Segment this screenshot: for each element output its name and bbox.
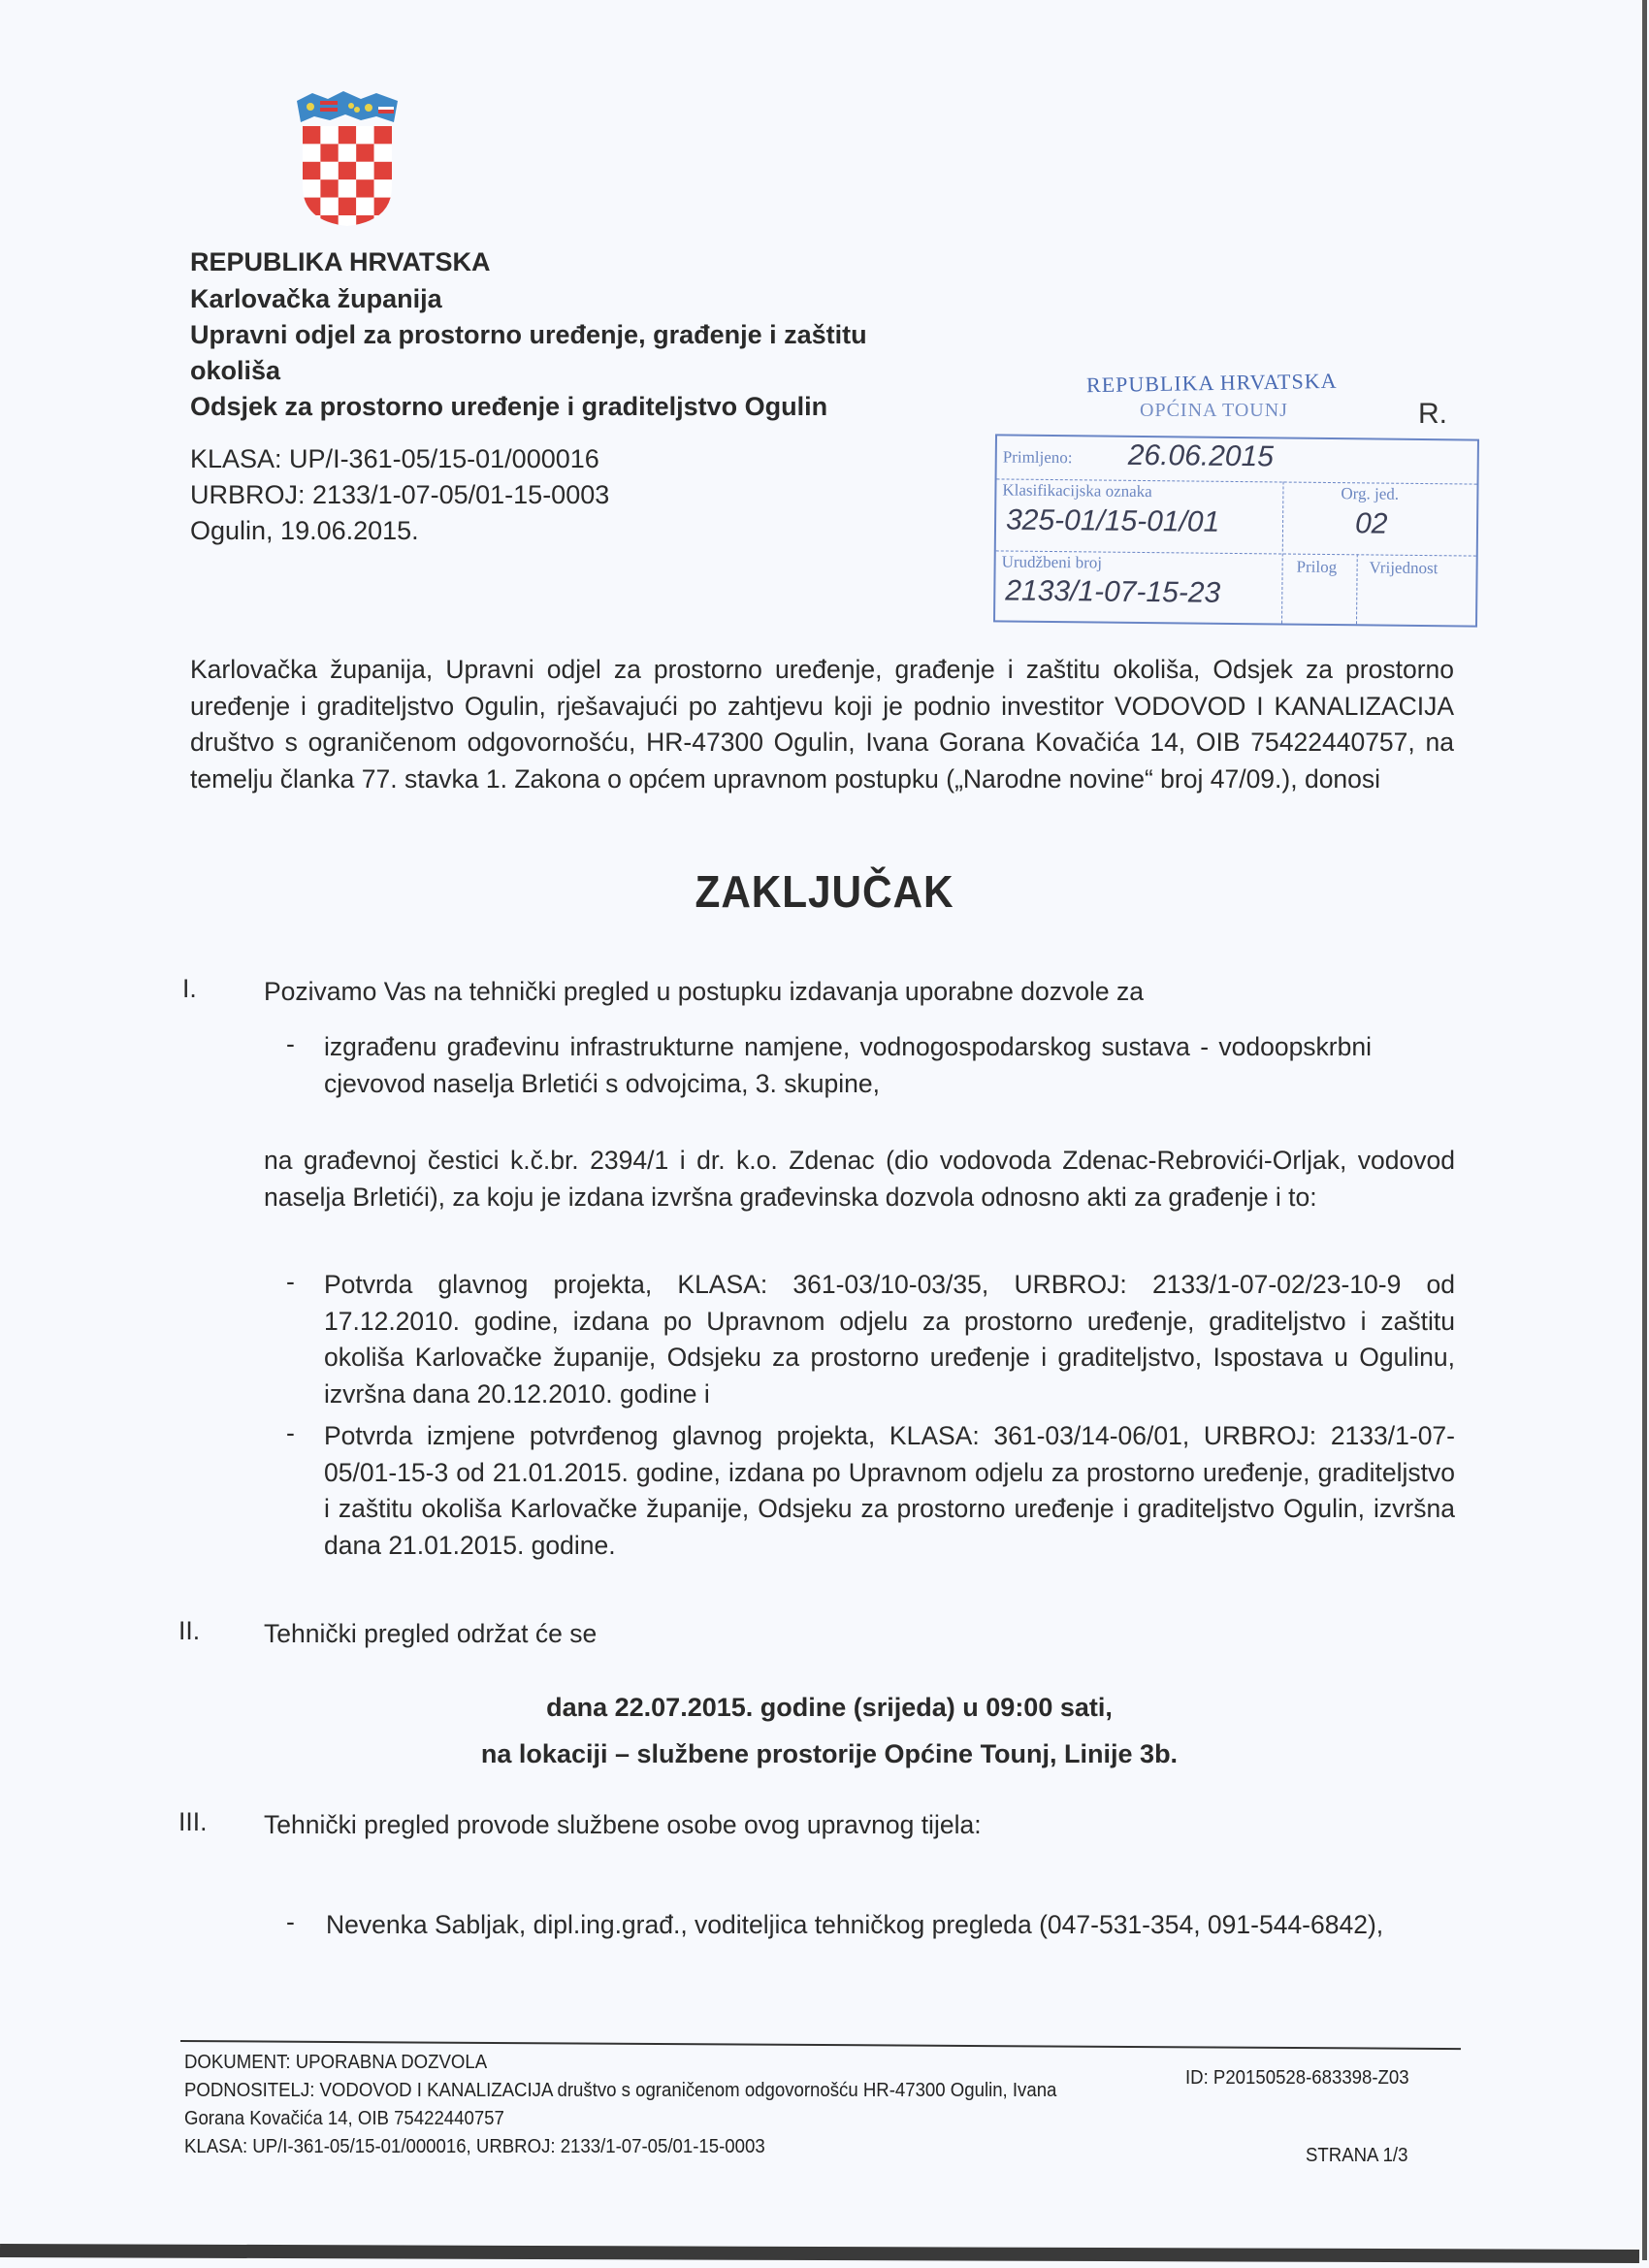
header-republic: REPUBLIKA HRVATSKA	[190, 244, 491, 280]
footer-id: ID: P20150528-683398-Z03	[1185, 2064, 1409, 2092]
stamp-value-label: Vrijednost	[1370, 558, 1439, 578]
section-1-paragraph: na građevnoj čestici k.č.br. 2394/1 i dr…	[264, 1143, 1455, 1215]
section-1-text: Pozivamo Vas na tehnički pregled u postu…	[264, 974, 1428, 1011]
stamp-received-value: 26.06.2015	[1128, 439, 1275, 474]
section-2-text: Tehnički pregled održat će se	[264, 1616, 1428, 1653]
scan-edge-right	[1642, 0, 1647, 2260]
urbroj: URBROJ: 2133/1-07-05/01-15-0003	[190, 477, 609, 513]
place-date: Ogulin, 19.06.2015.	[190, 513, 419, 549]
document-title: ZAKLJUČAK	[66, 865, 1583, 918]
inspection-location: na lokaciji – službene prostorije Općine…	[194, 1739, 1465, 1769]
bullet-dash: -	[286, 1907, 295, 1937]
received-stamp: REPUBLIKA HRVATSKA OPĆINA TOUNJ R. Priml…	[980, 359, 1494, 631]
section-3-text: Tehnički pregled provode službene osobe …	[264, 1807, 1428, 1844]
bullet-dash: -	[286, 1418, 295, 1448]
footer-klasa-urbroj: KLASA: UP/I-361-05/15-01/000016, URBROJ:…	[184, 2133, 765, 2161]
klasa: KLASA: UP/I-361-05/15-01/000016	[190, 441, 599, 477]
header-department-cont: okoliša	[190, 353, 280, 389]
footer-applicant-1: PODNOSITELJ: VODOVOD I KANALIZACIJA druš…	[184, 2077, 1056, 2105]
stamp-received-label: Primljeno:	[1003, 447, 1073, 468]
person-item-1: Nevenka Sabljak, dipl.ing.građ., voditel…	[326, 1907, 1457, 1944]
inspection-date: dana 22.07.2015. godine (srijeda) u 09:0…	[194, 1693, 1465, 1723]
footer-applicant-2: Gorana Kovačića 14, OIB 75422440757	[184, 2105, 504, 2133]
footer-document: DOKUMENT: UPORABNA DOZVOLA	[184, 2049, 487, 2077]
footer-page: STRANA 1/3	[1306, 2142, 1407, 2170]
croatian-coat-of-arms-icon	[293, 89, 402, 227]
bullet-dash: -	[286, 1267, 295, 1297]
section-1-bullet: izgrađenu građevinu infrastrukturne namj…	[324, 1029, 1372, 1102]
bullet-dash: -	[286, 1029, 295, 1059]
act-item-1: Potvrda glavnog projekta, KLASA: 361-03/…	[324, 1267, 1455, 1412]
section-2-number: II.	[178, 1616, 200, 1646]
intro-paragraph: Karlovačka županija, Upravni odjel za pr…	[190, 652, 1454, 797]
scan-edge-bottom	[0, 2244, 1639, 2263]
header-section: Odsjek za prostorno uređenje i graditelj…	[190, 389, 827, 425]
section-3-number: III.	[178, 1807, 207, 1837]
stamp-org-label: Org. jed.	[1341, 484, 1399, 504]
stamp-class-label: Klasifikacijska oznaka	[1002, 480, 1152, 502]
stamp-reg-label: Urudžbeni broj	[1002, 552, 1103, 572]
header-county: Karlovačka županija	[190, 281, 442, 317]
stamp-box: Primljeno: 26.06.2015 Klasifikacijska oz…	[993, 434, 1479, 627]
coat-of-arms	[293, 89, 402, 227]
stamp-attachment-label: Prilog	[1297, 558, 1338, 577]
stamp-initial: R.	[1418, 398, 1447, 431]
section-1-number: I.	[182, 974, 197, 1004]
stamp-reg-value: 2133/1-07-15-23	[1005, 575, 1220, 610]
header-department: Upravni odjel za prostorno uređenje, gra…	[190, 317, 867, 353]
stamp-class-value: 325-01/15-01/01	[1006, 504, 1220, 539]
stamp-subtitle: OPĆINA TOUNJ	[1140, 400, 1288, 422]
stamp-title: REPUBLIKA HRVATSKA	[1086, 369, 1338, 399]
act-item-2: Potvrda izmjene potvrđenog glavnog proje…	[324, 1418, 1455, 1564]
stamp-org-value: 02	[1355, 507, 1388, 540]
